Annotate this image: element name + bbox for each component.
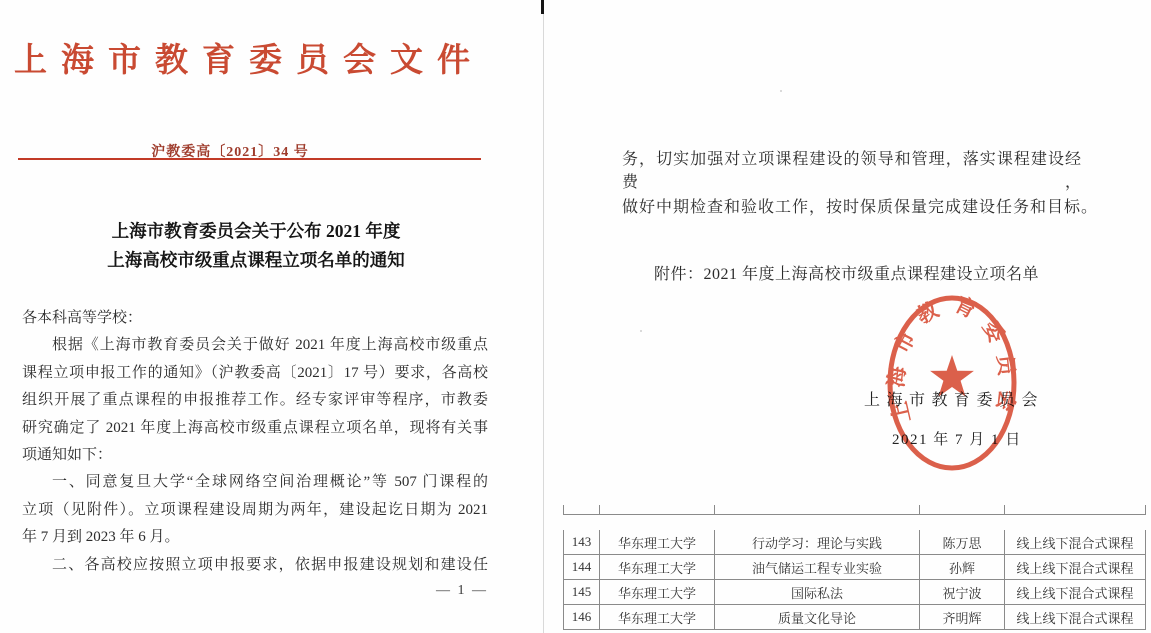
red-rule [18,158,481,160]
body-line: 二、各高校应按照立项申报要求，依据申报建设规划和建设任 [22,552,488,579]
table-cell-course: 质量文化导论 [715,605,920,630]
body-line: 务，切实加强对立项课程建设的领导和管理，落实课程建设经费， [622,146,1082,192]
table-cell-leader: 孙辉 [920,555,1005,580]
body-line: 一、同意复旦大学“全球网络空间治理概论”等 507 门课程的 [22,469,488,496]
table-cell-index: 145 [563,580,600,605]
notice-title-line2: 上海高校市级重点课程立项名单的通知 [0,246,512,275]
body-line: 组织开展了重点课程的申报推荐工作。经专家评审等程序，市教委 [22,387,488,414]
table-cell-course: 行动学习：理论与实践 [715,530,920,555]
body-line: 课程立项申报工作的通知》（沪教委高〔2021〕17 号）要求，各高校 [22,360,488,387]
table-cell-stub [1005,505,1146,515]
table-cell-leader: 陈万思 [920,530,1005,555]
table-cell-university: 华东理工大学 [600,555,715,580]
notice-title-line1: 上海市教育委员会关于公布 2021 年度 [0,217,512,246]
table-cell-index: 146 [563,605,600,630]
scan-speck [640,330,642,332]
attachment-line: 附件：2021 年度上海高校市级重点课程建设立项名单 [654,261,1039,284]
notice-body: 各本科高等学校： 根据《上海市教育委员会关于做好 2021 年度上海高校市级重点… [22,305,488,579]
scan-speck [780,90,782,92]
table-cell-type: 线上线下混合式课程 [1005,580,1146,605]
scan-speck [310,500,312,502]
table-cell-index: 143 [563,530,600,555]
salutation-line: 各本科高等学校： [22,305,488,332]
table-cell-course: 国际私法 [715,580,920,605]
body-line: 研究确定了 2021 年度上海高校市级重点课程立项名单，现将有关事 [22,415,488,442]
table-cell-university: 华东理工大学 [600,530,715,555]
official-seal: 上海市教育委员会 [882,292,1023,477]
table-cell-index: 144 [563,555,600,580]
table-cell-type: 线上线下混合式课程 [1005,530,1146,555]
table-cell-stub [715,505,920,515]
table-cell-university: 华东理工大学 [600,580,715,605]
table-cell-course: 油气储运工程专业实验 [715,555,920,580]
agency-header-title: 上海市教育委员会文件 [14,34,484,81]
appendix-course-table: 143 华东理工大学 行动学习：理论与实践 陈万思 线上线下混合式课程 144 … [563,505,1146,630]
body-line: 做好中期检查和验收工作，按时保质保量完成建设任务和目标。 [622,194,1082,217]
table-cell-leader: 齐明辉 [920,605,1005,630]
page-divider-tick [541,0,544,14]
body-line: 项通知如下： [22,442,488,469]
notice-title: 上海市教育委员会关于公布 2021 年度 上海高校市级重点课程立项名单的通知 [0,217,512,275]
seal-star-icon [930,355,974,397]
table-cell-leader: 祝宁波 [920,580,1005,605]
page-number: — 1 — [400,583,488,599]
body-line: 根据《上海市教育委员会关于做好 2021 年度上海高校市级重点 [22,332,488,359]
table-cell-stub [563,505,600,515]
table-cell-stub [600,505,715,515]
table-cell-university: 华东理工大学 [600,605,715,630]
body-line: 年 7 月到 2023 年 6 月。 [22,524,488,551]
scanned-document: 上海市教育委员会文件 沪教委高〔2021〕34 号 上海市教育委员会关于公布 2… [0,0,1151,633]
table-cell-stub [920,505,1005,515]
table-cell-type: 线上线下混合式课程 [1005,605,1146,630]
body-line: 立项（见附件）。立项课程建设周期为两年，建设起讫日期为 2021 [22,497,488,524]
table-cell-type: 线上线下混合式课程 [1005,555,1146,580]
page-divider-line [543,0,544,633]
